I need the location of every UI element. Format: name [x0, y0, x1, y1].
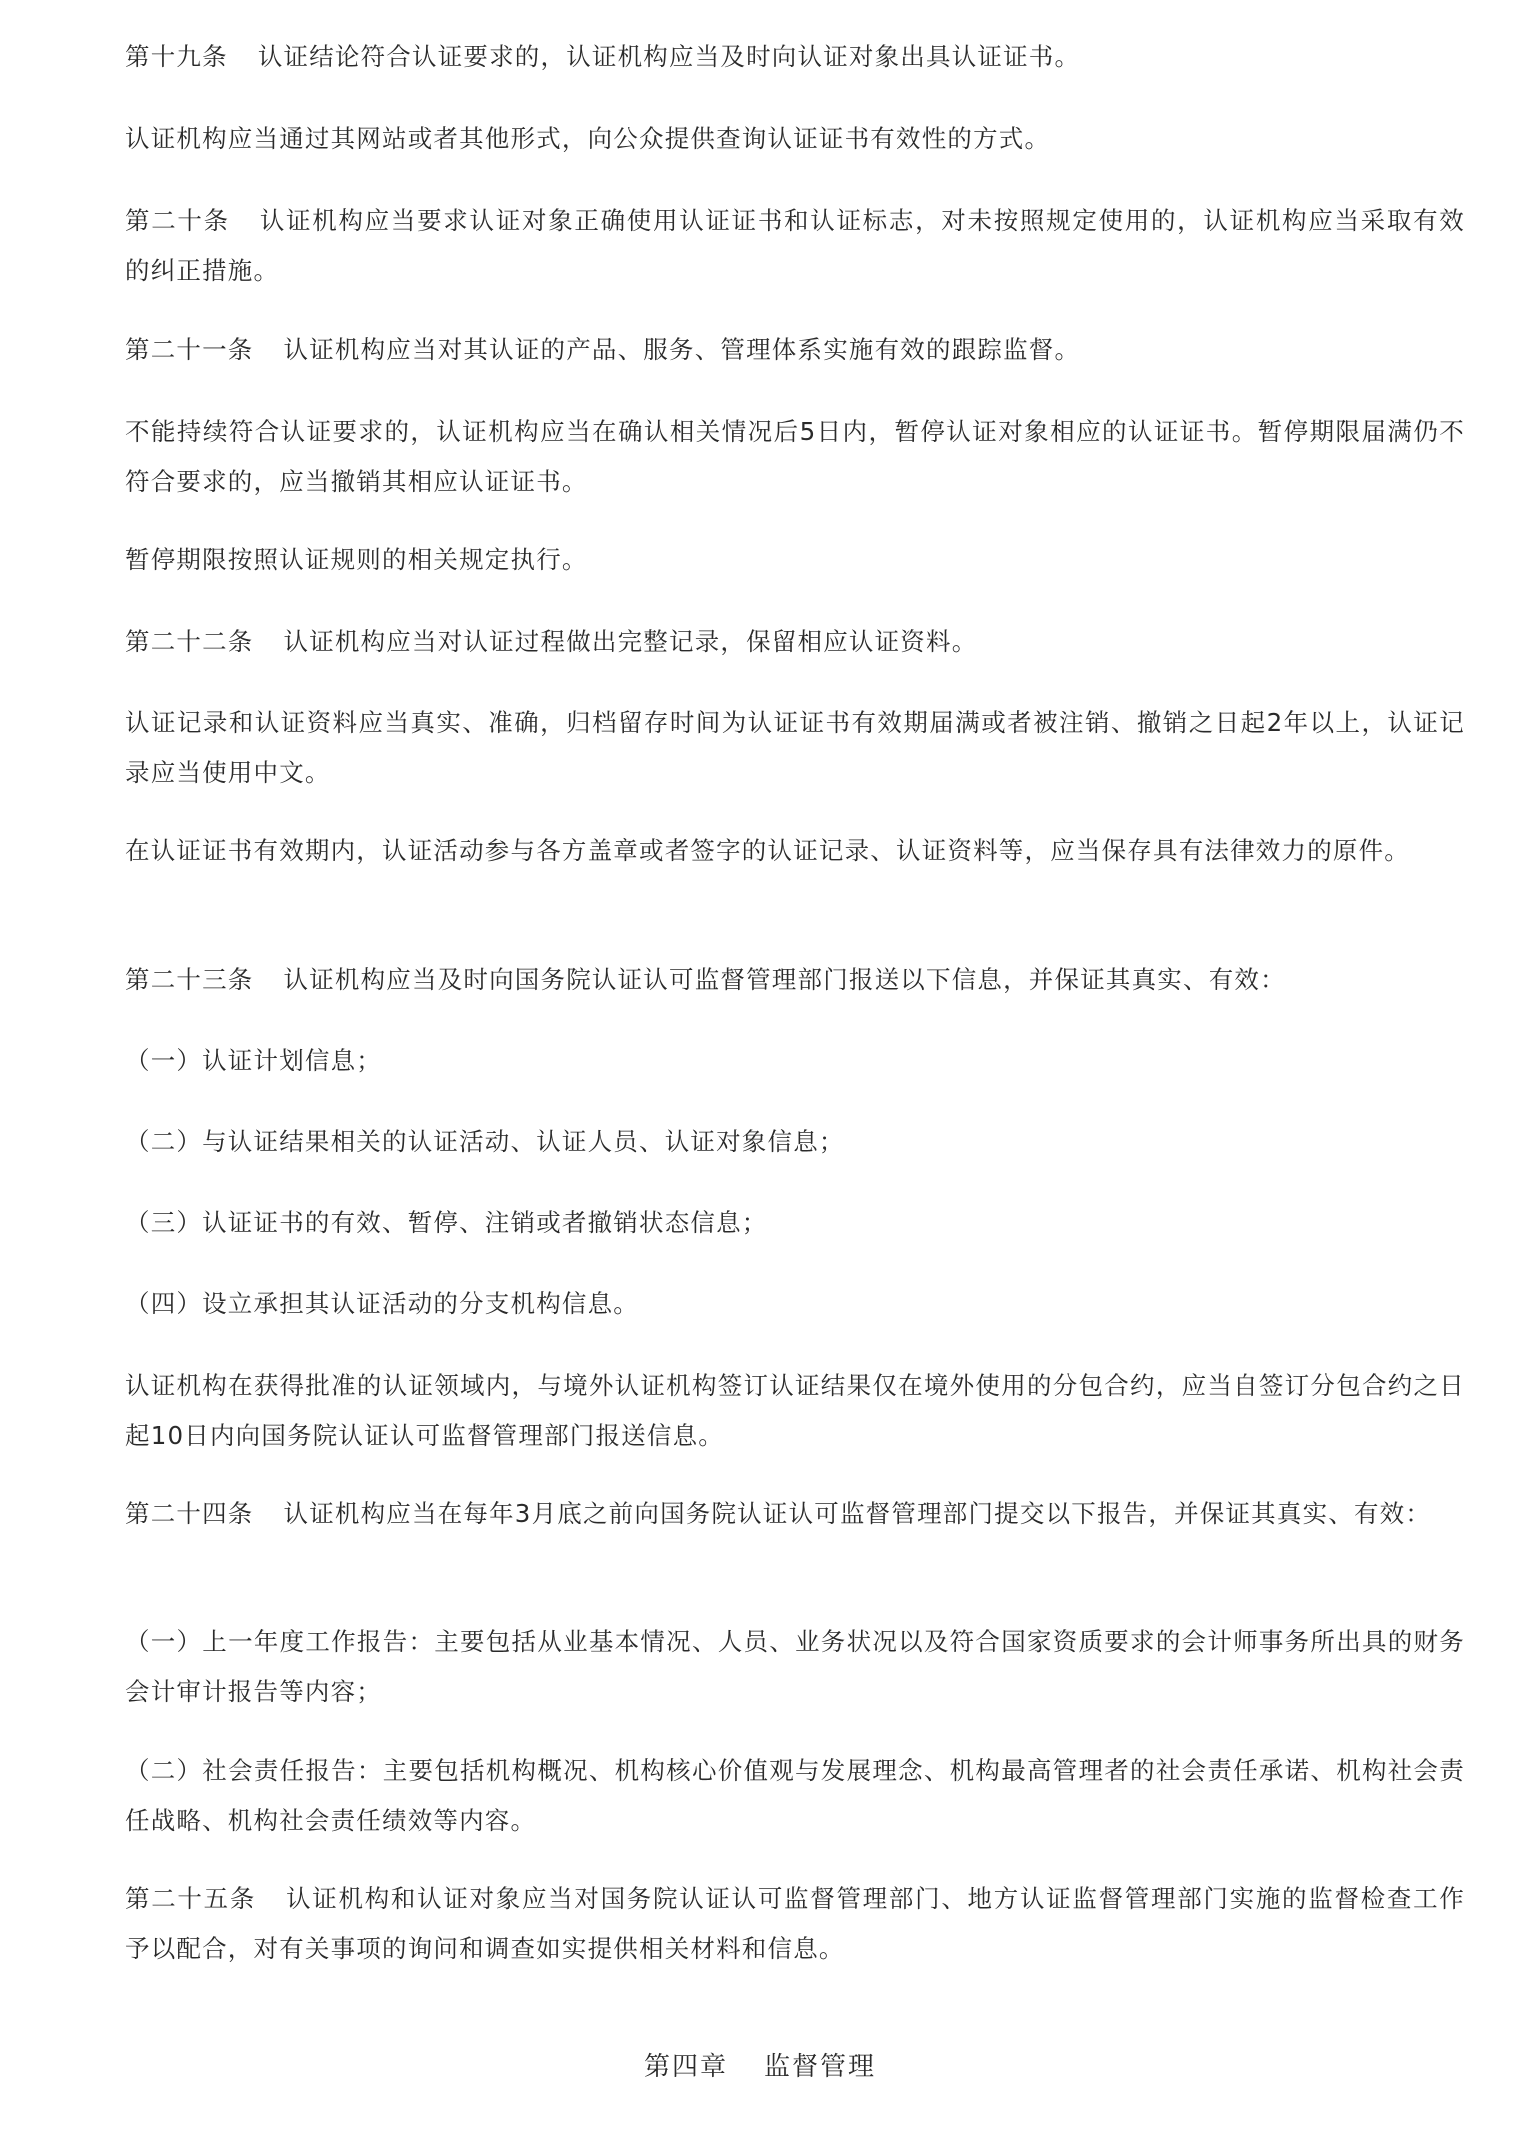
article-text: 认证结论符合认证要求的，认证机构应当及时向认证对象出具认证证书。	[258, 42, 1080, 71]
list-item: （二）与认证结果相关的认证活动、认证人员、认证对象信息；	[125, 1117, 1465, 1167]
article-19: 第十九条认证结论符合认证要求的，认证机构应当及时向认证对象出具认证证书。	[125, 32, 1465, 82]
article-number: 第二十五条	[125, 1884, 256, 1913]
chapter-heading: 第四章监督管理	[0, 2046, 1520, 2083]
list-item: （二）社会责任报告：主要包括机构概况、机构核心价值观与发展理念、机构最高管理者的…	[125, 1746, 1465, 1846]
paragraph: 认证机构在获得批准的认证领域内，与境外认证机构签订认证结果仅在境外使用的分包合约…	[125, 1361, 1465, 1461]
list-item: （一）认证计划信息；	[125, 1036, 1465, 1086]
article-text: 认证机构应当在每年3月底之前向国务院认证认可监督管理部门提交以下报告，并保证其真…	[284, 1499, 1432, 1528]
article-number: 第二十条	[125, 206, 230, 235]
paragraph: 认证机构应当通过其网站或者其他形式，向公众提供查询认证证书有效性的方式。	[125, 114, 1465, 164]
chapter-number: 第四章	[644, 2052, 728, 2082]
article-number: 第二十四条	[125, 1499, 254, 1528]
article-text: 认证机构应当及时向国务院认证认可监督管理部门报送以下信息，并保证其真实、有效：	[284, 965, 1286, 994]
list-item: （三）认证证书的有效、暂停、注销或者撤销状态信息；	[125, 1198, 1465, 1248]
article-number: 第二十二条	[125, 627, 254, 656]
chapter-title: 监督管理	[764, 2052, 876, 2082]
article-22: 第二十二条认证机构应当对认证过程做出完整记录，保留相应认证资料。	[125, 617, 1465, 667]
article-text: 认证机构应当对其认证的产品、服务、管理体系实施有效的跟踪监督。	[284, 335, 1081, 364]
article-text: 认证机构和认证对象应当对国务院认证认可监督管理部门、地方认证监督管理部门实施的监…	[125, 1884, 1465, 1963]
article-20: 第二十条认证机构应当要求认证对象正确使用认证证书和认证标志，对未按照规定使用的，…	[125, 196, 1465, 296]
article-number: 第二十一条	[125, 335, 254, 364]
article-24: 第二十四条认证机构应当在每年3月底之前向国务院认证认可监督管理部门提交以下报告，…	[125, 1489, 1465, 1539]
paragraph: 暂停期限按照认证规则的相关规定执行。	[125, 535, 1465, 585]
paragraph: 在认证证书有效期内，认证活动参与各方盖章或者签字的认证记录、认证资料等，应当保存…	[125, 826, 1465, 876]
paragraph: 认证记录和认证资料应当真实、准确，归档留存时间为认证证书有效期届满或者被注销、撤…	[125, 698, 1465, 798]
article-number: 第十九条	[125, 42, 228, 71]
article-number: 第二十三条	[125, 965, 254, 994]
article-23: 第二十三条认证机构应当及时向国务院认证认可监督管理部门报送以下信息，并保证其真实…	[125, 955, 1465, 1005]
article-text: 认证机构应当要求认证对象正确使用认证证书和认证标志，对未按照规定使用的，认证机构…	[125, 206, 1465, 285]
list-item: （四）设立承担其认证活动的分支机构信息。	[125, 1279, 1465, 1329]
article-25: 第二十五条认证机构和认证对象应当对国务院认证认可监督管理部门、地方认证监督管理部…	[125, 1874, 1465, 1974]
paragraph: 不能持续符合认证要求的，认证机构应当在确认相关情况后5日内，暂停认证对象相应的认…	[125, 407, 1465, 507]
article-21: 第二十一条认证机构应当对其认证的产品、服务、管理体系实施有效的跟踪监督。	[125, 325, 1465, 375]
list-item: （一）上一年度工作报告：主要包括从业基本情况、人员、业务状况以及符合国家资质要求…	[125, 1617, 1465, 1717]
article-text: 认证机构应当对认证过程做出完整记录，保留相应认证资料。	[284, 627, 978, 656]
